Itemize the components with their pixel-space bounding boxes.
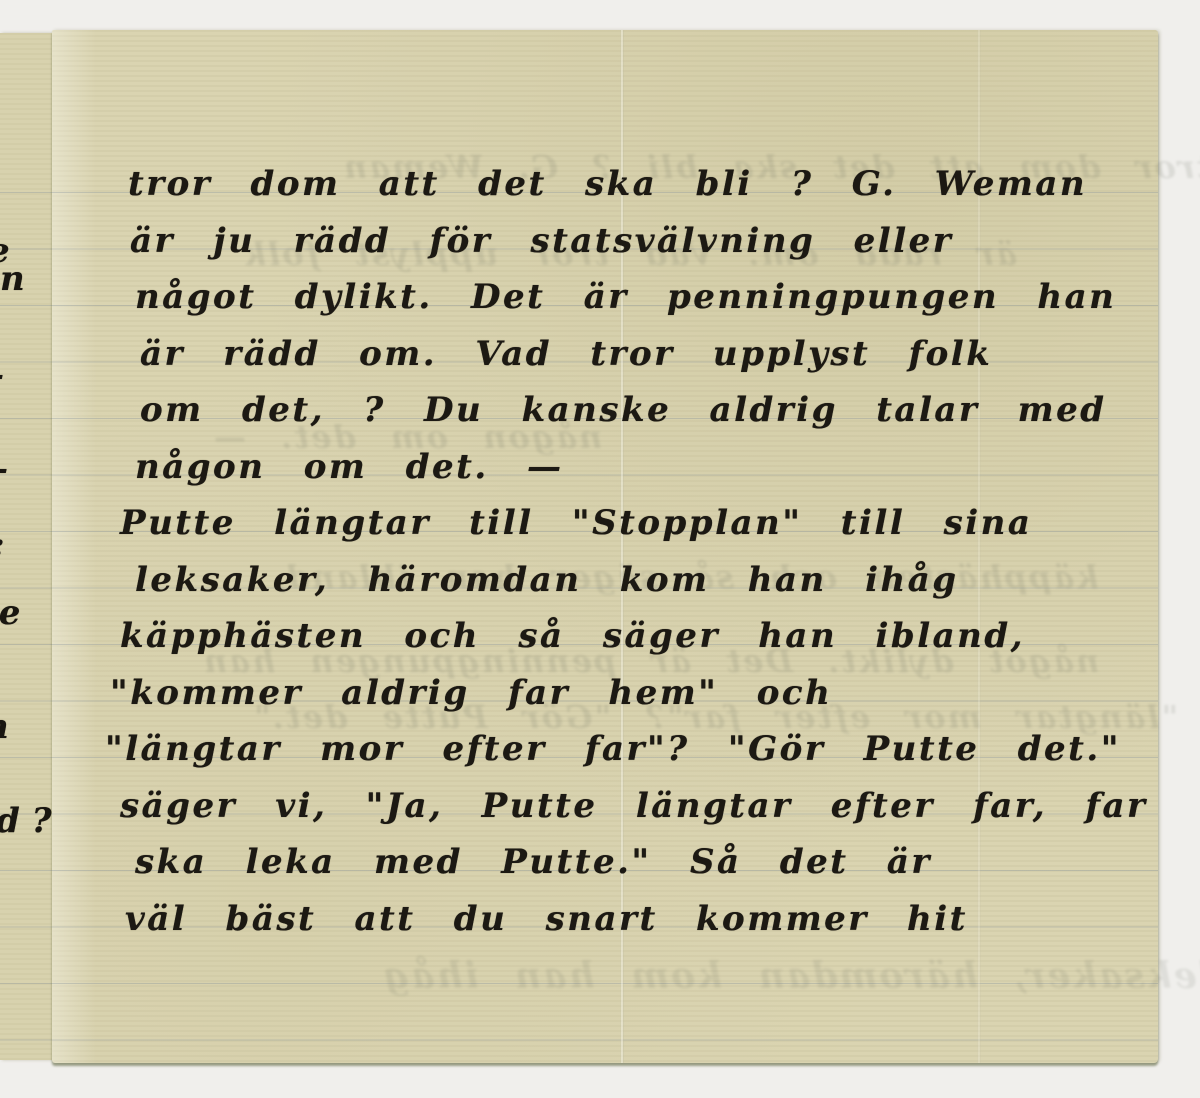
handwriting-line: leksaker, häromdan kom han ihåg <box>135 560 959 600</box>
scanned-letter-photo: e an — — : ne n d ? tror dom att det ska… <box>0 0 1200 1098</box>
handwriting-line: säger vi, "Ja, Putte längtar efter far, … <box>120 786 1147 826</box>
handwriting-line: någon om det. — <box>135 447 564 487</box>
handwriting-block: tror dom att det ska bli ? G. Weman är j… <box>52 30 1158 1063</box>
handwriting-line: ska leka med Putte." Så det är <box>135 842 932 882</box>
handwriting-line: "kommer aldrig far hem" och <box>110 673 832 713</box>
handwriting-line: något dylikt. Det är penningpungen han <box>135 277 1116 317</box>
word-fragment: ne <box>0 593 20 633</box>
word-fragment: d ? <box>0 801 52 841</box>
handwriting-line: "längtar mor efter far"? "Gör Putte det.… <box>105 729 1121 769</box>
handwriting-line: är ju rädd för statsvälvning eller <box>130 221 953 261</box>
adjacent-page-strip: e an — — : ne n d ? <box>0 33 52 1060</box>
word-fragment: — <box>0 355 4 395</box>
handwriting-line: tror dom att det ska bli ? G. Weman <box>128 164 1087 204</box>
word-fragment: — <box>0 449 8 489</box>
word-fragment: n <box>0 707 9 747</box>
handwriting-line: käpphästen och så säger han ibland, <box>120 616 1025 656</box>
handwriting-line: väl bäst att du snart kommer hit <box>125 899 968 939</box>
handwriting-line: Putte längtar till "Stopplan" till sina <box>120 503 1032 543</box>
word-fragments: e an — — : ne n d ? <box>0 33 52 1060</box>
letter-page: tror dom att det ska bli ? G. Weman är r… <box>52 30 1158 1063</box>
handwriting-line: om det, ? Du kanske aldrig talar med <box>140 390 1107 430</box>
word-fragment: : <box>0 525 5 565</box>
word-fragment: an <box>0 259 25 299</box>
handwriting-line: är rädd om. Vad tror upplyst folk <box>140 334 992 374</box>
